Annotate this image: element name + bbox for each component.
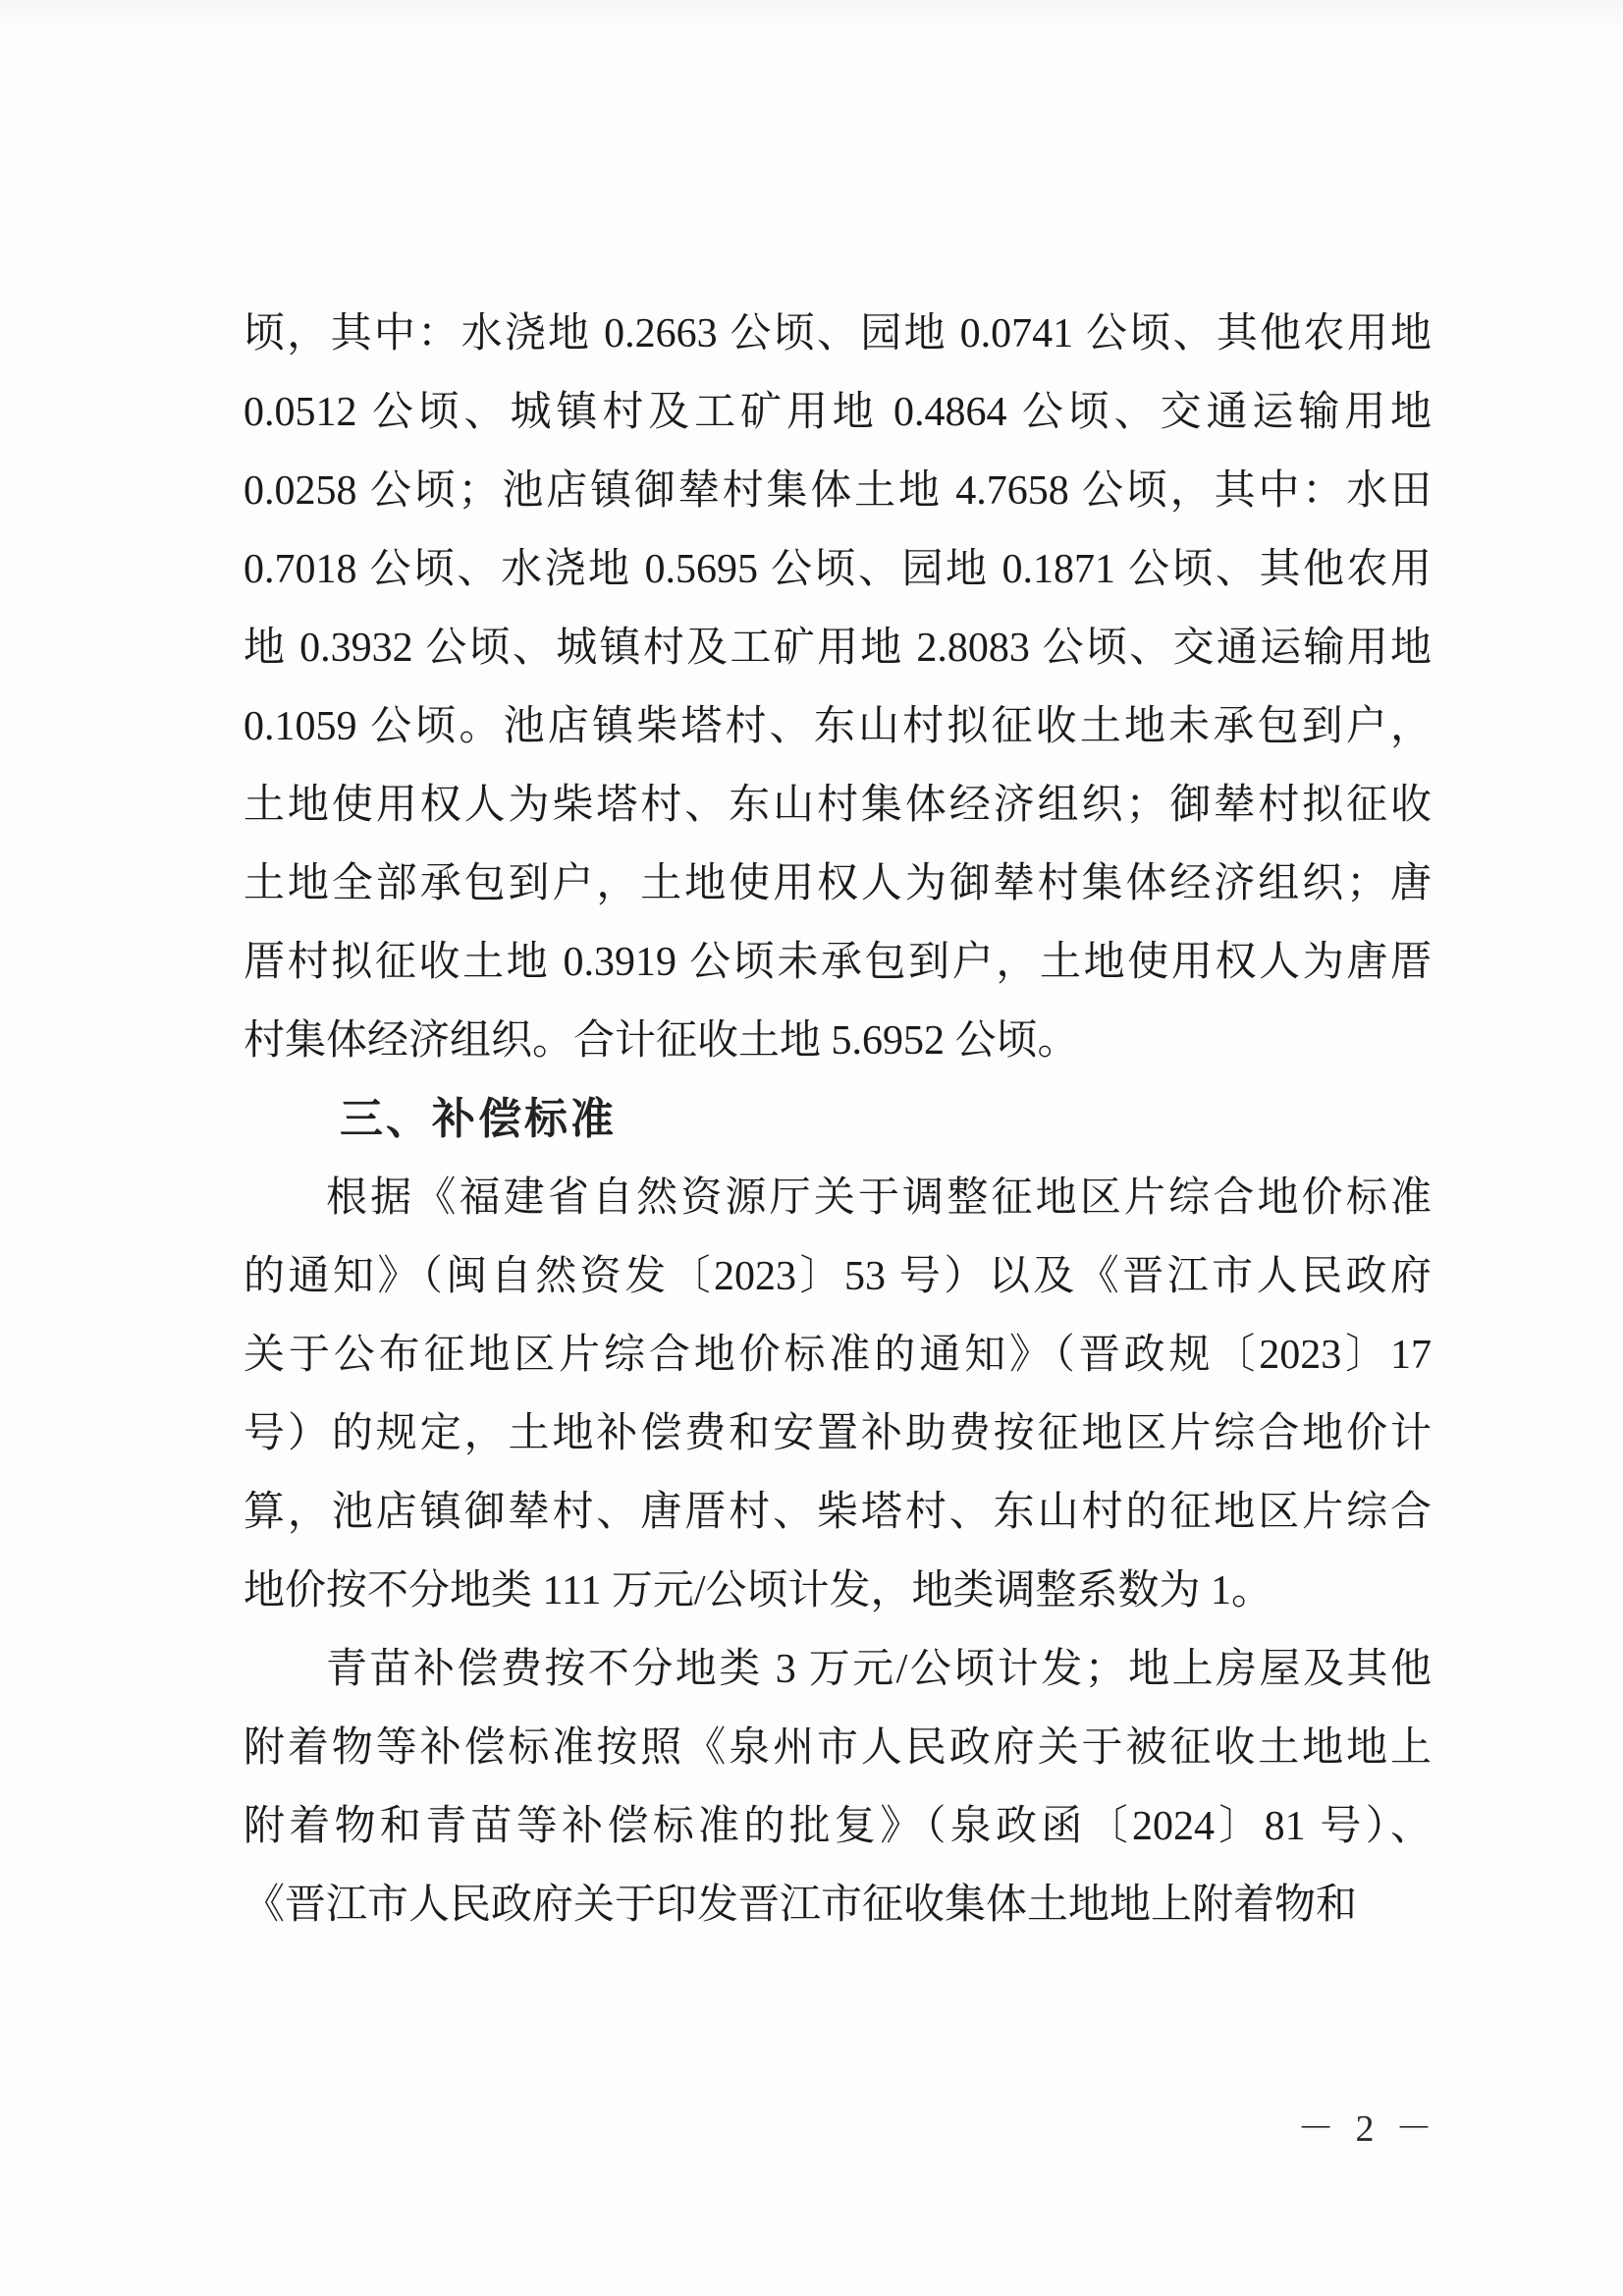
body-line: 0.7018 公顷、水浇地 0.5695 公顷、园地 0.1871 公顷、其他农…: [243, 530, 1432, 609]
body-line: 0.1059 公顷。池店镇柴塔村、东山村拟征收土地未承包到户，: [243, 687, 1432, 766]
body-line: 厝村拟征收土地 0.3919 公顷未承包到户，土地使用权人为唐厝: [243, 923, 1432, 1002]
body-line: 《晋江市人民政府关于印发晋江市征收集体土地地上附着物和: [243, 1866, 1432, 1944]
body-line: 土地使用权人为柴塔村、东山村集体经济组织；御辇村拟征收: [243, 766, 1432, 845]
body-line: 0.0512 公顷、城镇村及工矿用地 0.4864 公顷、交通运输用地: [243, 373, 1432, 452]
body-line: 关于公布征地区片综合地价标准的通知》（晋政规〔2023〕17: [243, 1316, 1432, 1394]
section-heading: 三、补偿标准: [243, 1080, 1432, 1159]
body-line: 号）的规定，土地补偿费和安置补助费按征地区片综合地价计: [243, 1394, 1432, 1473]
body-text-block: 顷，其中：水浇地 0.2663 公顷、园地 0.0741 公顷、其他农用地 0.…: [243, 295, 1432, 1944]
document-page: 顷，其中：水浇地 0.2663 公顷、园地 0.0741 公顷、其他农用地 0.…: [0, 0, 1623, 2296]
body-line: 村集体经济组织。合计征收土地 5.6952 公顷。: [243, 1002, 1432, 1080]
body-line: 顷，其中：水浇地 0.2663 公顷、园地 0.0741 公顷、其他农用地: [243, 295, 1432, 373]
body-line: 算，池店镇御辇村、唐厝村、柴塔村、东山村的征地区片综合: [243, 1473, 1432, 1552]
body-line: 的通知》（闽自然资发〔2023〕53 号）以及《晋江市人民政府: [243, 1237, 1432, 1316]
body-line: 青苗补偿费按不分地类 3 万元/公顷计发；地上房屋及其他: [243, 1630, 1432, 1709]
body-line: 地价按不分地类 111 万元/公顷计发，地类调整系数为 1。: [243, 1552, 1432, 1630]
body-line: 土地全部承包到户，土地使用权人为御辇村集体经济组织；唐: [243, 845, 1432, 923]
body-line: 附着物等补偿标准按照《泉州市人民政府关于被征收土地地上: [243, 1709, 1432, 1787]
body-line: 根据《福建省自然资源厅关于调整征地区片综合地价标准: [243, 1159, 1432, 1237]
body-line: 地 0.3932 公顷、城镇村及工矿用地 2.8083 公顷、交通运输用地: [243, 609, 1432, 687]
body-line: 0.0258 公顷；池店镇御辇村集体土地 4.7658 公顷，其中：水田: [243, 452, 1432, 530]
body-line: 附着物和青苗等补偿标准的批复》（泉政函〔2024〕81 号）、: [243, 1787, 1432, 1866]
page-number: － 2 －: [1294, 2098, 1441, 2152]
